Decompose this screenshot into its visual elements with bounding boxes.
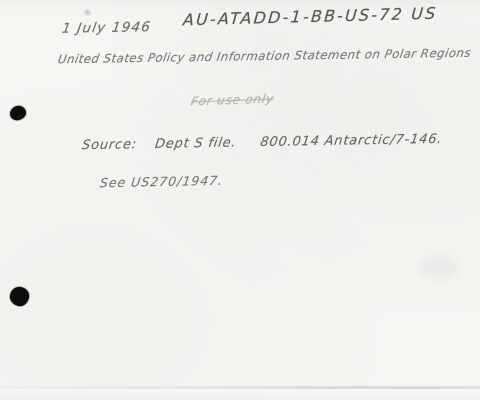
hole-punch-bottom — [9, 286, 30, 307]
source-gap — [235, 135, 261, 150]
title-line: United States Policy and Information Sta… — [57, 46, 472, 67]
reference-line: See US270/1947. — [99, 173, 224, 191]
source-label: Source: — [81, 137, 138, 153]
paper-smudge-right — [418, 255, 460, 281]
classification-note: For use only — [190, 92, 275, 109]
source-number: 800.014 Antarctic/7-146. — [259, 132, 443, 150]
catalog-number: AU-ATADD-1-BB-US-72 US — [182, 4, 438, 30]
source-line: Source: Dept S file. 800.014 Antarctic/7… — [81, 132, 443, 153]
paper-bottom-edge-highlight — [0, 389, 480, 400]
source-file: Dept S file. — [154, 135, 238, 151]
date-line: 1 July 1946 — [61, 19, 153, 37]
hole-punch-top — [9, 104, 28, 121]
source-gap — [136, 137, 156, 152]
pencil-smudge-top — [83, 9, 91, 16]
scanned-document-page: AU-ATADD-1-BB-US-72 US 1 July 1946 Unite… — [0, 0, 480, 400]
